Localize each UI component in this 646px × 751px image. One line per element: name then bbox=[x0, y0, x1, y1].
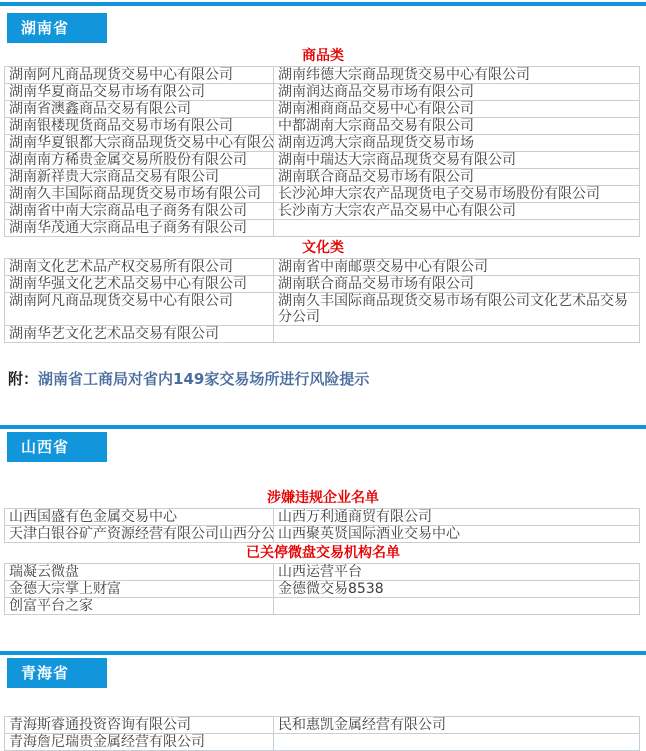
company-name-cell-right: 民和惠凯金属经营有限公司 bbox=[274, 717, 640, 734]
company-group: 商品类湖南阿凡商品现货交易中心有限公司湖南纬德大宗商品现货交易中心有限公司湖南华… bbox=[0, 48, 646, 237]
table-row: 湖南银楼现货商品交易市场有限公司中都湖南大宗商品交易有限公司 bbox=[5, 118, 640, 135]
company-name-cell-left: 金德大宗掌上财富 bbox=[5, 581, 274, 598]
attachment-note: 附：湖南省工商局对省内149家交易场所进行风险提示 bbox=[8, 369, 646, 389]
company-name-cell-right: 湖南联合商品交易市场有限公司 bbox=[274, 276, 640, 293]
company-group: 青海斯睿通投资咨询有限公司民和惠凯金属经营有限公司青海詹尼瑞贵金属经营有限公司 bbox=[0, 716, 646, 751]
company-name-cell-left: 湖南华夏银都大宗商品现货交易中心有限公司 bbox=[5, 135, 274, 152]
company-name-cell-right: 湖南中瑞达大宗商品现货交易有限公司 bbox=[274, 152, 640, 169]
company-name-cell-left: 湖南南方稀贵金属交易所股份有限公司 bbox=[5, 152, 274, 169]
table-row: 青海詹尼瑞贵金属经营有限公司 bbox=[5, 734, 640, 751]
company-name-cell-left: 湖南新祥贵大宗商品交易有限公司 bbox=[5, 169, 274, 186]
company-name-cell-right: 山西万利通商贸有限公司 bbox=[274, 509, 640, 526]
company-name-cell-right: 湖南联合商品交易市场有限公司 bbox=[274, 169, 640, 186]
table-row: 青海斯睿通投资咨询有限公司民和惠凯金属经营有限公司 bbox=[5, 717, 640, 734]
company-name-cell-left: 湖南文化艺术品产权交易所有限公司 bbox=[5, 259, 274, 276]
table-row: 湖南省中南大宗商品电子商务有限公司长沙南方大宗农产品交易中心有限公司 bbox=[5, 203, 640, 220]
company-name-cell-left: 湖南阿凡商品现货交易中心有限公司 bbox=[5, 67, 274, 84]
company-name-cell-left: 湖南华茂通大宗商品电子商务有限公司 bbox=[5, 220, 274, 237]
company-name-cell-left: 湖南省澳鑫商品交易有限公司 bbox=[5, 101, 274, 118]
company-name-cell-left: 创富平台之家 bbox=[5, 598, 274, 615]
company-name-cell-right: 湖南润达商品交易市场有限公司 bbox=[274, 84, 640, 101]
province-badge: 青海省 bbox=[7, 658, 107, 688]
company-name-cell-right: 中都湖南大宗商品交易有限公司 bbox=[274, 118, 640, 135]
table-row: 湖南南方稀贵金属交易所股份有限公司湖南中瑞达大宗商品现货交易有限公司 bbox=[5, 152, 640, 169]
category-header: 已关停微盘交易机构名单 bbox=[0, 545, 646, 561]
company-name-cell-left: 青海詹尼瑞贵金属经营有限公司 bbox=[5, 734, 274, 751]
table-row: 湖南省澳鑫商品交易有限公司湖南湘商商品交易中心有限公司 bbox=[5, 101, 640, 118]
table-row: 湖南久丰国际商品现货交易市场有限公司长沙沁坤大宗农产品现货电子交易市场股份有限公… bbox=[5, 186, 640, 203]
category-header: 文化类 bbox=[0, 240, 646, 256]
company-name-cell-right: 湖南迈鸿大宗商品现货交易市场 bbox=[274, 135, 640, 152]
company-name-cell-right: 金德微交易8538 bbox=[274, 581, 640, 598]
company-name-cell-left: 湖南省中南大宗商品电子商务有限公司 bbox=[5, 203, 274, 220]
table-row: 湖南文化艺术品产权交易所有限公司湖南省中南邮票交易中心有限公司 bbox=[5, 259, 640, 276]
company-name-cell-right: 湖南省中南邮票交易中心有限公司 bbox=[274, 259, 640, 276]
company-name-cell-right: 山西聚英贤国际酒业交易中心 bbox=[274, 526, 640, 543]
category-header: 涉嫌违规企业名单 bbox=[0, 490, 646, 506]
section-divider-rule bbox=[0, 2, 646, 6]
company-table: 湖南文化艺术品产权交易所有限公司湖南省中南邮票交易中心有限公司湖南华强文化艺术品… bbox=[4, 258, 640, 343]
company-name-cell-right: 湖南久丰国际商品现货交易市场有限公司文化艺术品交易分公司 bbox=[274, 293, 640, 326]
note-prefix: 附： bbox=[8, 370, 38, 388]
province-section-qinghai: 青海省青海斯睿通投资咨询有限公司民和惠凯金属经营有限公司青海詹尼瑞贵金属经营有限… bbox=[0, 651, 646, 751]
company-table: 山西国盛有色金属交易中心山西万利通商贸有限公司天津白银谷矿产资源经营有限公司山西… bbox=[4, 508, 640, 543]
company-name-cell-right: 湖南纬德大宗商品现货交易中心有限公司 bbox=[274, 67, 640, 84]
company-name-cell-left: 山西国盛有色金属交易中心 bbox=[5, 509, 274, 526]
table-row: 湖南华夏商品交易市场有限公司湖南润达商品交易市场有限公司 bbox=[5, 84, 640, 101]
company-group: 涉嫌违规企业名单山西国盛有色金属交易中心山西万利通商贸有限公司天津白银谷矿产资源… bbox=[0, 490, 646, 543]
table-row: 湖南阿凡商品现货交易中心有限公司湖南纬德大宗商品现货交易中心有限公司 bbox=[5, 67, 640, 84]
province-section-shanxi: 山西省涉嫌违规企业名单山西国盛有色金属交易中心山西万利通商贸有限公司天津白银谷矿… bbox=[0, 425, 646, 615]
company-table: 湖南阿凡商品现货交易中心有限公司湖南纬德大宗商品现货交易中心有限公司湖南华夏商品… bbox=[4, 66, 640, 237]
section-divider-rule bbox=[0, 425, 646, 429]
company-name-cell-right: 长沙沁坤大宗农产品现货电子交易市场股份有限公司 bbox=[274, 186, 640, 203]
page-content: 湖南省商品类湖南阿凡商品现货交易中心有限公司湖南纬德大宗商品现货交易中心有限公司… bbox=[0, 0, 646, 751]
company-name-cell-left: 湖南阿凡商品现货交易中心有限公司 bbox=[5, 293, 274, 326]
company-name-cell-right bbox=[274, 326, 640, 343]
company-name-cell-right bbox=[274, 220, 640, 237]
company-name-cell-right: 湖南湘商商品交易中心有限公司 bbox=[274, 101, 640, 118]
table-row: 湖南华艺文化艺术品交易有限公司 bbox=[5, 326, 640, 343]
table-row: 湖南新祥贵大宗商品交易有限公司湖南联合商品交易市场有限公司 bbox=[5, 169, 640, 186]
table-row: 金德大宗掌上财富金德微交易8538 bbox=[5, 581, 640, 598]
company-name-cell-left: 瑞凝云微盘 bbox=[5, 564, 274, 581]
table-row: 湖南华茂通大宗商品电子商务有限公司 bbox=[5, 220, 640, 237]
company-name-cell-right bbox=[274, 598, 640, 615]
company-name-cell-left: 天津白银谷矿产资源经营有限公司山西分公司 bbox=[5, 526, 274, 543]
province-section-hunan: 湖南省商品类湖南阿凡商品现货交易中心有限公司湖南纬德大宗商品现货交易中心有限公司… bbox=[0, 2, 646, 389]
table-row: 湖南阿凡商品现货交易中心有限公司湖南久丰国际商品现货交易市场有限公司文化艺术品交… bbox=[5, 293, 640, 326]
province-badge: 湖南省 bbox=[7, 13, 107, 43]
table-row: 湖南华夏银都大宗商品现货交易中心有限公司湖南迈鸿大宗商品现货交易市场 bbox=[5, 135, 640, 152]
company-name-cell-right: 长沙南方大宗农产品交易中心有限公司 bbox=[274, 203, 640, 220]
company-group: 文化类湖南文化艺术品产权交易所有限公司湖南省中南邮票交易中心有限公司湖南华强文化… bbox=[0, 240, 646, 343]
company-table: 瑞凝云微盘山西运营平台金德大宗掌上财富金德微交易8538创富平台之家 bbox=[4, 563, 640, 615]
company-name-cell-left: 青海斯睿通投资咨询有限公司 bbox=[5, 717, 274, 734]
company-name-cell-left: 湖南华艺文化艺术品交易有限公司 bbox=[5, 326, 274, 343]
province-badge: 山西省 bbox=[7, 432, 107, 462]
company-name-cell-left: 湖南华夏商品交易市场有限公司 bbox=[5, 84, 274, 101]
company-name-cell-right: 山西运营平台 bbox=[274, 564, 640, 581]
category-header: 商品类 bbox=[0, 48, 646, 64]
risk-notice-link[interactable]: 湖南省工商局对省内149家交易场所进行风险提示 bbox=[38, 370, 369, 388]
company-name-cell-right bbox=[274, 734, 640, 751]
company-table: 青海斯睿通投资咨询有限公司民和惠凯金属经营有限公司青海詹尼瑞贵金属经营有限公司 bbox=[4, 716, 640, 751]
table-row: 天津白银谷矿产资源经营有限公司山西分公司山西聚英贤国际酒业交易中心 bbox=[5, 526, 640, 543]
section-divider-rule bbox=[0, 651, 646, 655]
company-name-cell-left: 湖南久丰国际商品现货交易市场有限公司 bbox=[5, 186, 274, 203]
company-name-cell-left: 湖南华强文化艺术品交易中心有限公司 bbox=[5, 276, 274, 293]
company-group: 已关停微盘交易机构名单瑞凝云微盘山西运营平台金德大宗掌上财富金德微交易8538创… bbox=[0, 545, 646, 615]
table-row: 湖南华强文化艺术品交易中心有限公司湖南联合商品交易市场有限公司 bbox=[5, 276, 640, 293]
table-row: 瑞凝云微盘山西运营平台 bbox=[5, 564, 640, 581]
table-row: 创富平台之家 bbox=[5, 598, 640, 615]
company-name-cell-left: 湖南银楼现货商品交易市场有限公司 bbox=[5, 118, 274, 135]
table-row: 山西国盛有色金属交易中心山西万利通商贸有限公司 bbox=[5, 509, 640, 526]
